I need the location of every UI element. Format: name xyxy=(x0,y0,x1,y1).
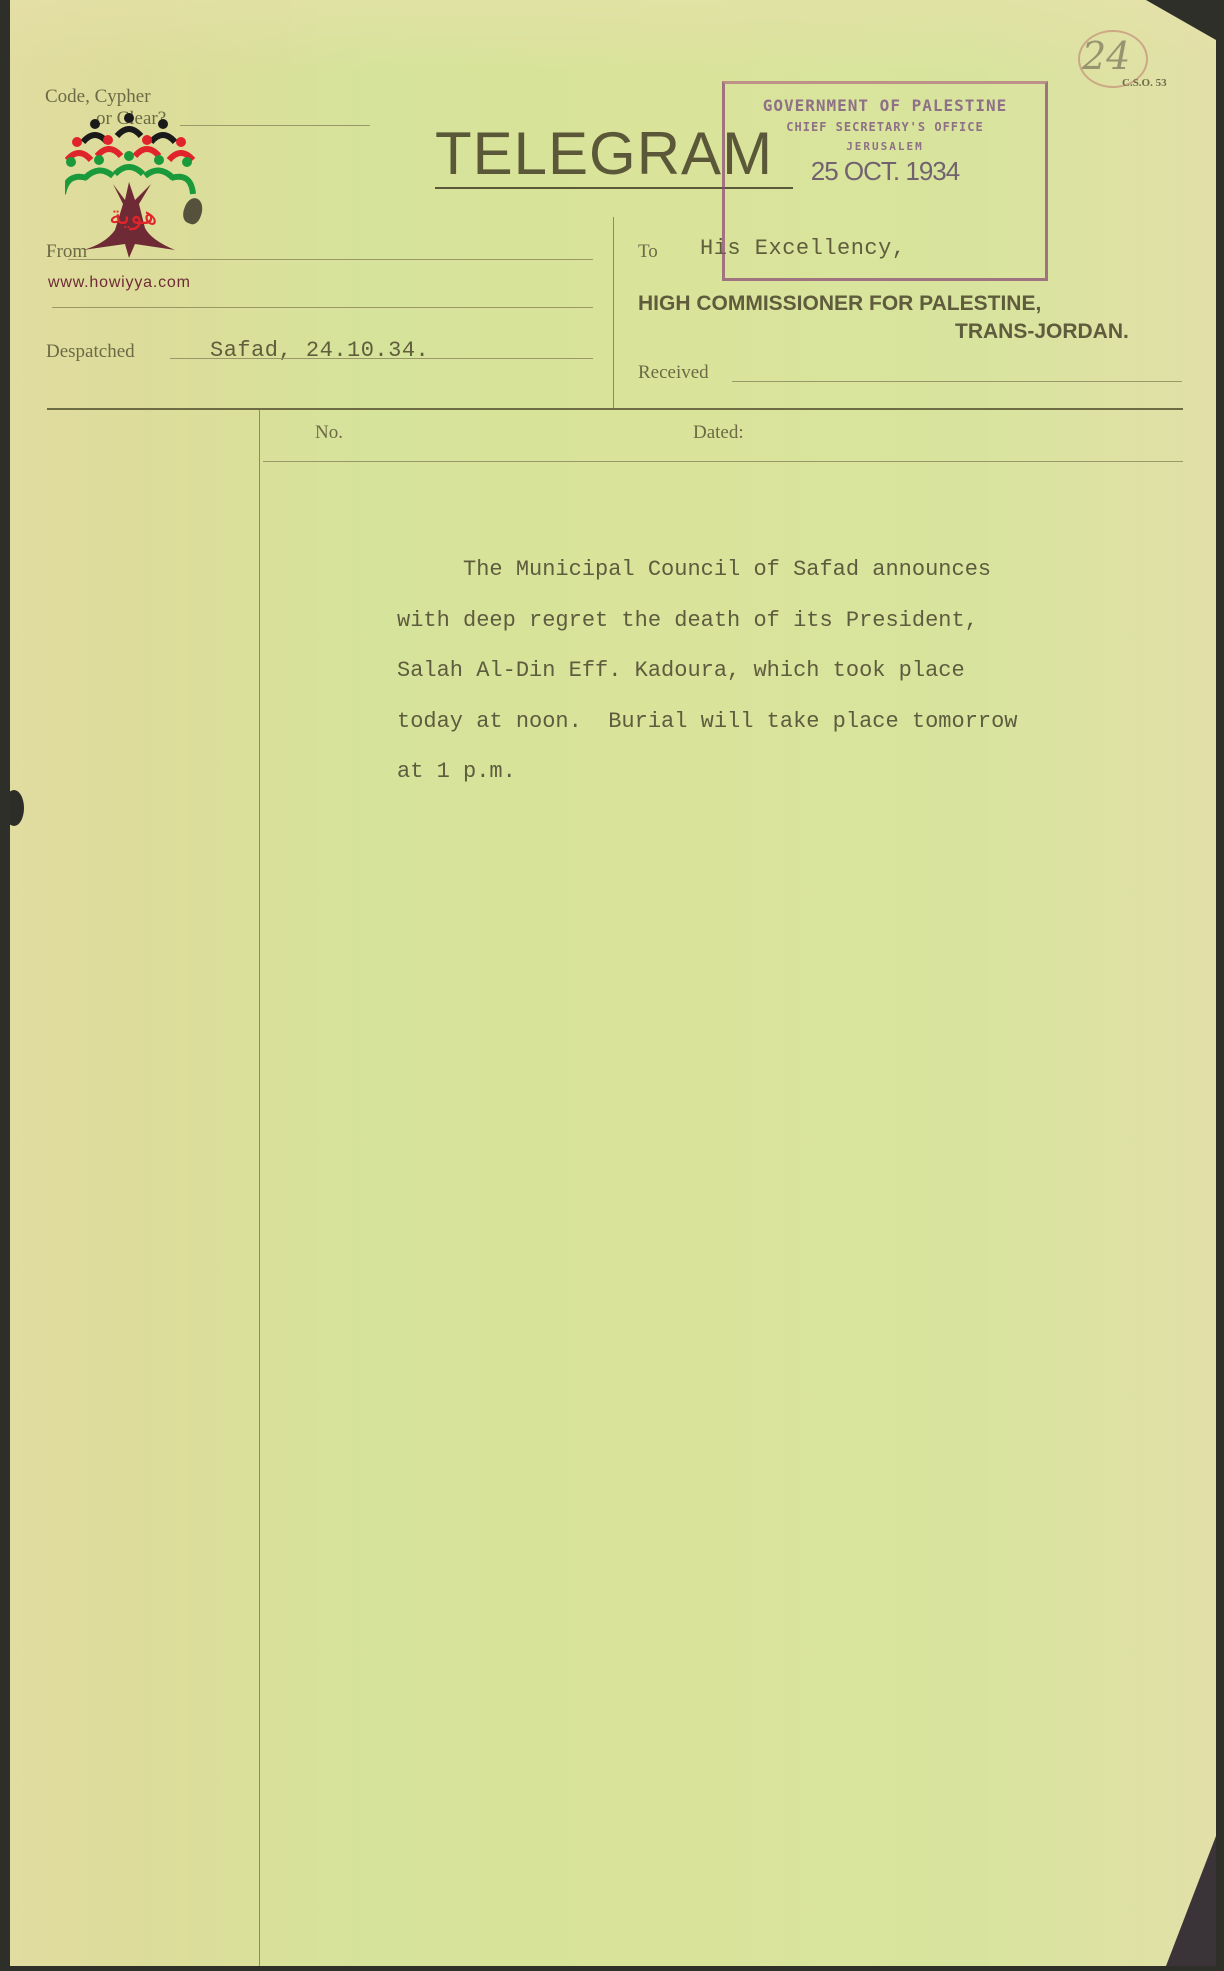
from-line-2 xyxy=(52,307,593,308)
telegram-form: Code, Cypher or Clear? From Despatched S… xyxy=(10,0,1216,1966)
received-label: Received xyxy=(638,362,709,384)
message-line: with deep regret the death of its Presid… xyxy=(397,608,1157,659)
dated-label: Dated: xyxy=(693,422,744,444)
to-label: To xyxy=(638,241,658,263)
message-body: The Municipal Council of Safad announces… xyxy=(397,557,1157,810)
form-code: C.S.O. 53 xyxy=(1122,77,1167,89)
header-rule xyxy=(47,408,1183,410)
received-stamp: GOVERNMENT OF PALESTINE CHIEF SECRETARY'… xyxy=(722,81,1048,281)
code-label: Code, Cypher xyxy=(45,86,151,108)
punch-hole xyxy=(10,790,24,826)
stamp-date: 25 OCT. 1934 xyxy=(725,156,1045,187)
paper-shade xyxy=(10,0,1216,70)
margin-line xyxy=(259,410,260,1966)
addressee-line-1: HIGH COMMISSIONER FOR PALESTINE, xyxy=(638,292,1041,316)
despatched-line xyxy=(170,358,593,359)
message-line: at 1 p.m. xyxy=(397,759,1157,810)
stamp-line-3: JERUSALEM xyxy=(725,140,1045,153)
header-divider xyxy=(613,217,614,408)
message-line: Salah Al-Din Eff. Kadoura, which took pl… xyxy=(397,658,1157,709)
stamp-line-1: GOVERNMENT OF PALESTINE xyxy=(725,96,1045,115)
message-line: The Municipal Council of Safad announces xyxy=(397,557,1157,608)
no-label: No. xyxy=(315,422,343,444)
page-corner-bottom-right xyxy=(1166,1836,1216,1966)
watermark-url: www.howiyya.com xyxy=(48,274,191,292)
stamp-line-2: CHIEF SECRETARY'S OFFICE xyxy=(725,120,1045,134)
logo-arabic-text: هوية xyxy=(109,201,157,231)
received-line xyxy=(732,381,1182,382)
despatched-label: Despatched xyxy=(46,341,135,363)
no-dated-line xyxy=(263,461,1183,462)
howiyya-logo-icon: هوية xyxy=(65,112,215,262)
despatched-value: Safad, 24.10.34. xyxy=(210,338,429,363)
message-line: today at noon. Burial will take place to… xyxy=(397,709,1157,760)
folio-number: 24 xyxy=(1082,34,1130,78)
addressee-line-2: TRANS-JORDAN. xyxy=(955,320,1129,344)
